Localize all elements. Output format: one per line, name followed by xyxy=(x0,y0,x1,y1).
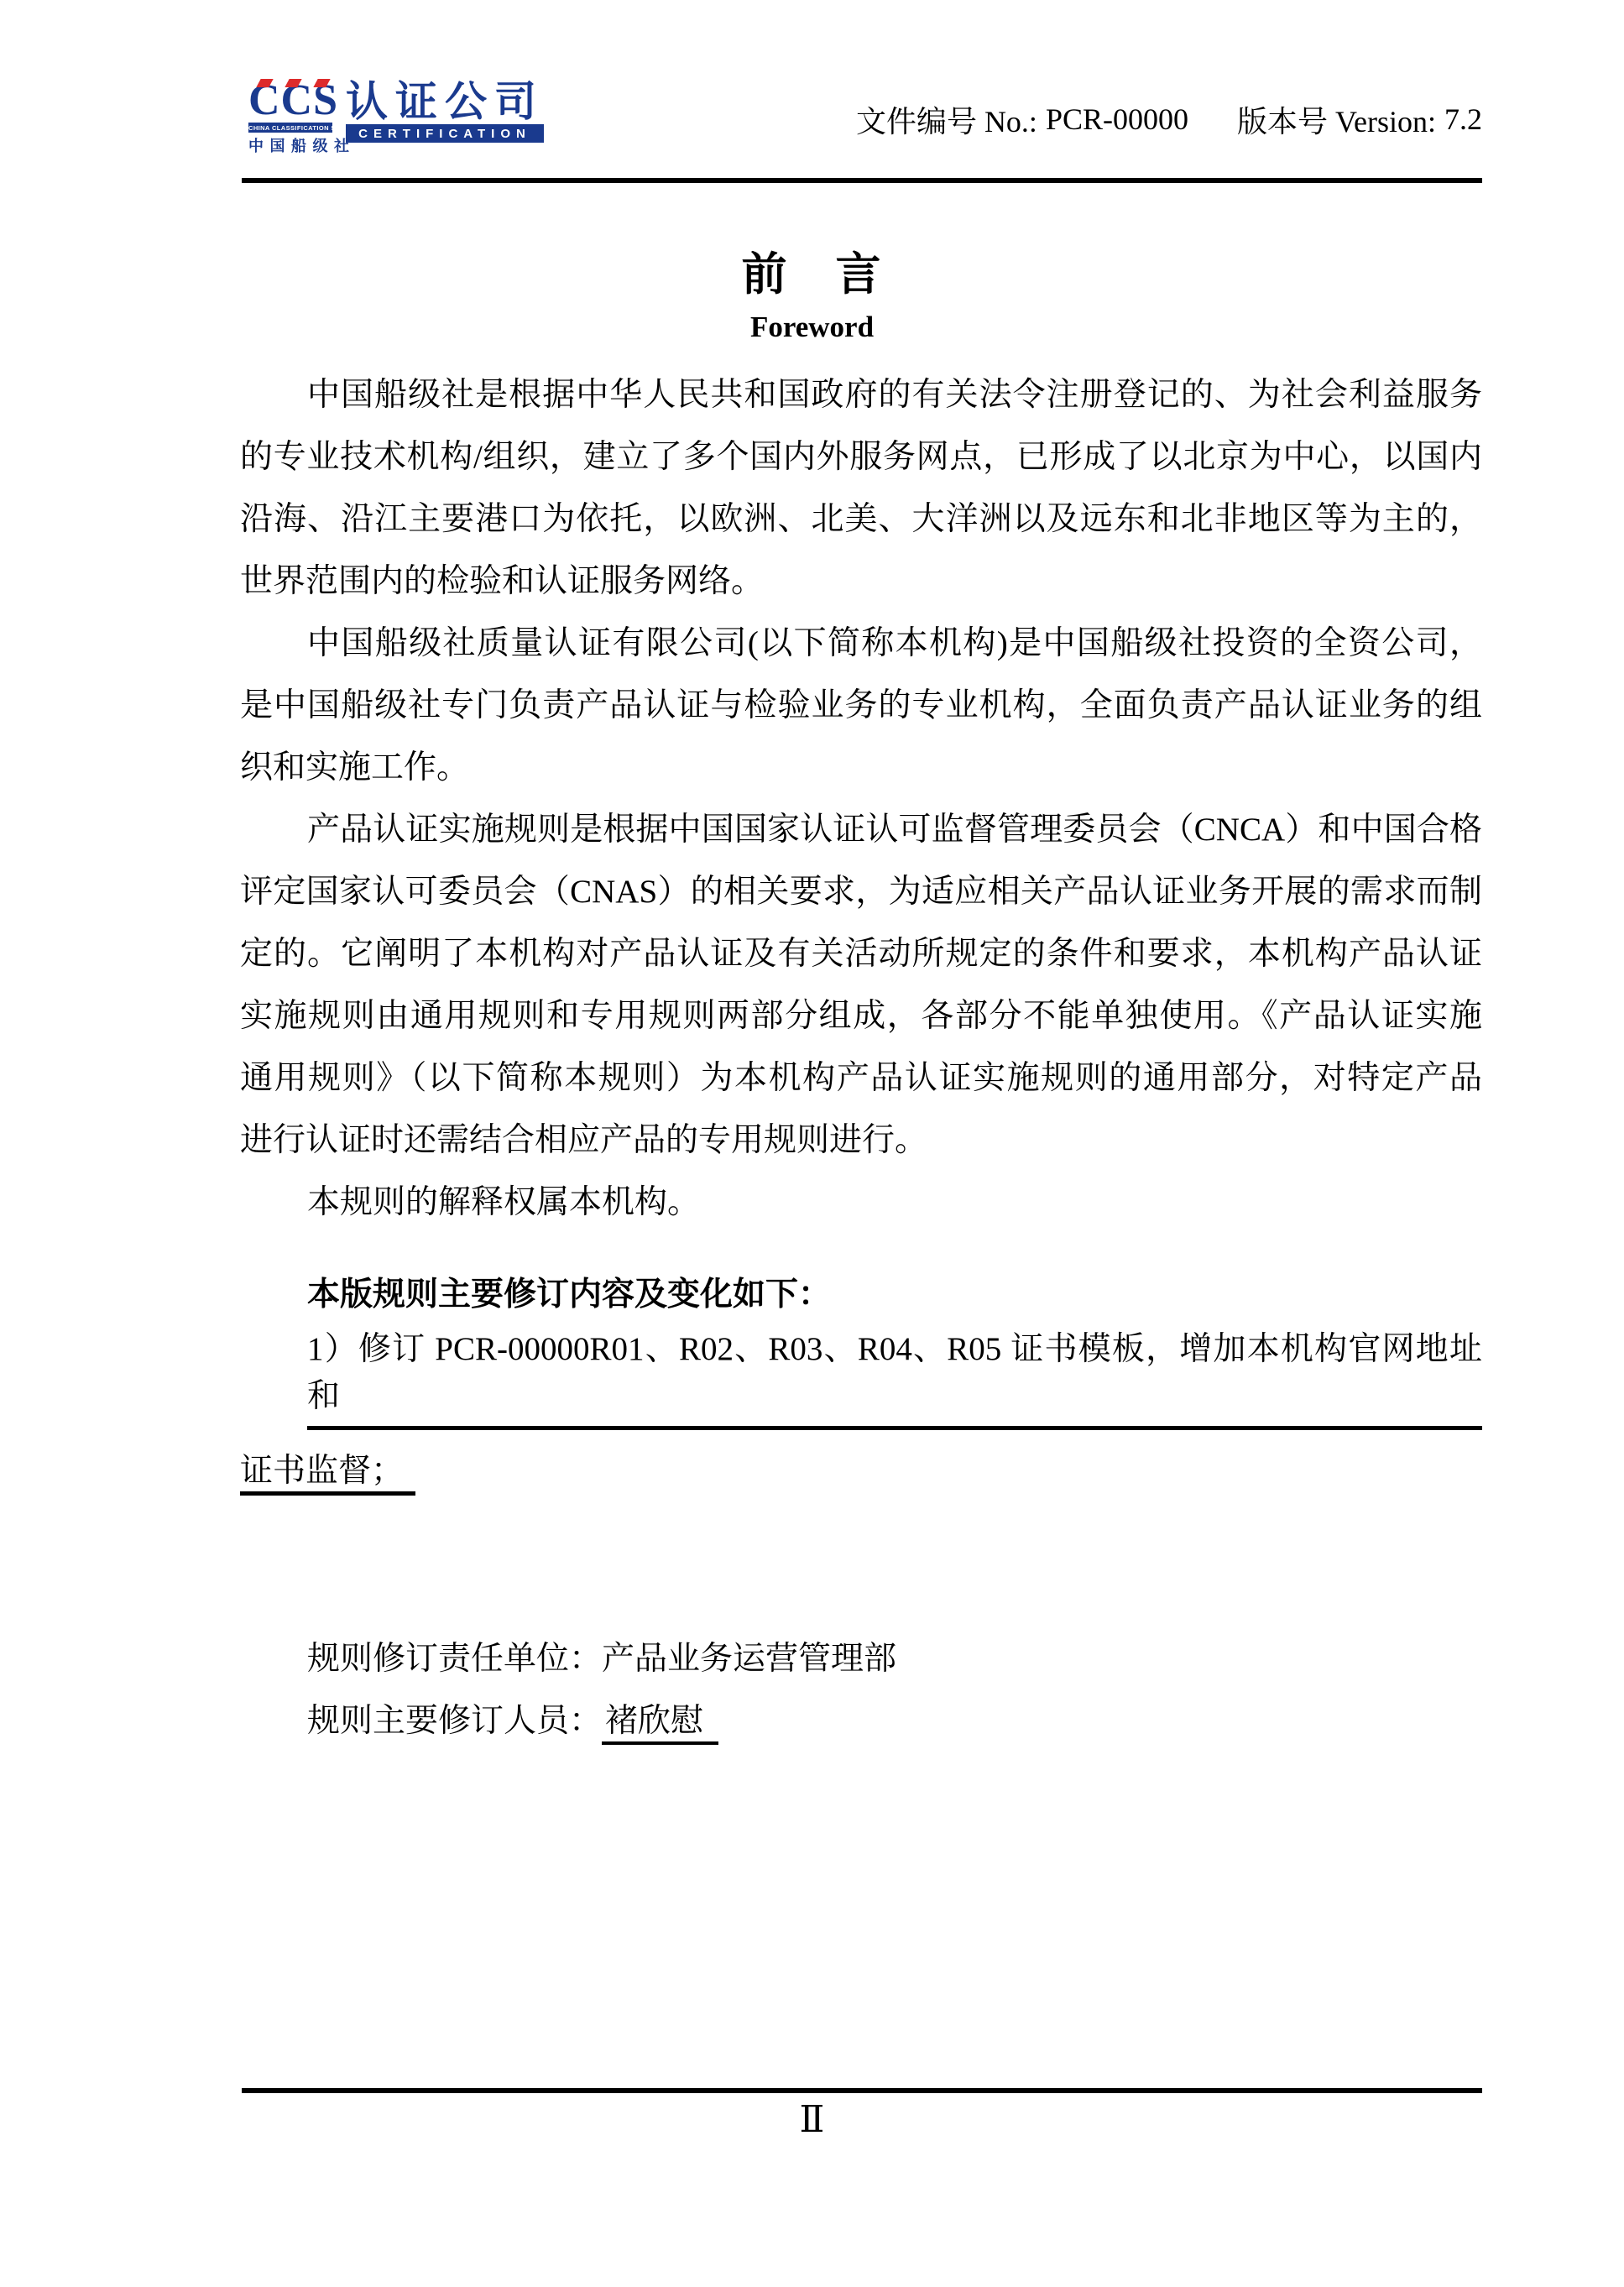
paragraph-line: 中国船级社是根据中华人民共和国政府的有关法令注册登记的、为社会利益服务 xyxy=(240,364,1482,426)
paragraph-line: 织和实施工作。 xyxy=(240,737,1482,799)
paragraph-line: 定的。它阐明了本机构对产品认证及有关活动所规定的条件和要求，本机构产品认证 xyxy=(240,923,1482,985)
responsible-unit-value: 产品业务运营管理部 xyxy=(602,1641,896,1677)
certification-company-cn: 认证公司 xyxy=(346,82,544,121)
paragraph-line: 世界范围内的检验和认证服务网络。 xyxy=(240,551,1482,613)
revision-item-line1: 1）修订 PCR-00000R01、R02、R03、R04、R05 证书模板，增… xyxy=(307,1326,1482,1430)
paragraph-line: 的专业技术机构/组织，建立了多个国内外服务网点，已形成了以北京为中心，以国内 xyxy=(240,426,1482,488)
responsible-unit-line: 规则修订责任单位：产品业务运营管理部 xyxy=(240,1628,1482,1690)
paragraph-line: 沿海、沿江主要港口为依托，以欧洲、北美、大洋洲以及远东和北非地区等为主的， xyxy=(240,488,1482,551)
revision-item-line2: 证书监督； xyxy=(240,1440,1482,1502)
reviser-name: 褚欣慰 xyxy=(602,1703,718,1745)
certification-banner: CERTIFICATION xyxy=(346,124,544,143)
doc-no-value: PCR-00000 xyxy=(1046,102,1188,137)
paragraph-line: 是中国船级社专门负责产品认证与检验业务的专业机构，全面负责产品认证业务的组 xyxy=(240,675,1482,737)
responsible-unit-label: 规则修订责任单位： xyxy=(307,1641,602,1677)
ccs-logo-right: 认证公司 CERTIFICATION xyxy=(346,82,544,143)
page-number: Ⅱ xyxy=(0,2098,1624,2141)
society-name-cn: 中 国 船 级 社 xyxy=(248,134,332,156)
ccs-wordmark: CCS xyxy=(248,82,332,119)
doc-info: 文件编号 No.: PCR-00000 版本号 Version: 7.2 xyxy=(856,98,1482,141)
paragraph-line: 产品认证实施规则是根据中国国家认证认可监督管理委员会（CNCA）和中国合格 xyxy=(240,799,1482,861)
version-value: 7.2 xyxy=(1444,102,1482,137)
page-title-cn: 前 言 xyxy=(0,238,1624,303)
footer-rule xyxy=(242,2088,1482,2093)
reviser-label: 规则主要修订人员： xyxy=(307,1703,602,1739)
page-header: CCS CHINA CLASSIFICATION SOCIETY 中 国 船 级… xyxy=(248,81,1482,158)
page-title-en: Foreword xyxy=(0,311,1624,344)
paragraph-line: 评定国家认可委员会（CNAS）的相关要求，为适应相关产品认证业务开展的需求而制 xyxy=(240,861,1482,923)
doc-no-label: 文件编号 No.: xyxy=(856,98,1037,141)
document-page: CCS CHINA CLASSIFICATION SOCIETY 中 国 船 级… xyxy=(0,0,1624,2287)
revision-heading: 本版规则主要修订内容及变化如下： xyxy=(240,1264,1482,1326)
reviser-line: 规则主要修订人员：褚欣慰 xyxy=(240,1690,1482,1752)
paragraph-line: 中国船级社质量认证有限公司(以下简称本机构)是中国船级社投资的全资公司， xyxy=(240,613,1482,675)
paragraph-line: 本规则的解释权属本机构。 xyxy=(240,1172,1482,1234)
paragraph-line: 进行认证时还需结合相应产品的专用规则进行。 xyxy=(240,1110,1482,1172)
paragraph-line: 通用规则》（以下简称本规则）为本机构产品认证实施规则的通用部分，对特定产品 xyxy=(240,1047,1482,1110)
header-rule xyxy=(242,178,1482,183)
paragraph-line: 实施规则由通用规则和专用规则两部分组成，各部分不能单独使用。《产品认证实施 xyxy=(240,985,1482,1047)
ccs-logo: CCS CHINA CLASSIFICATION SOCIETY 中 国 船 级… xyxy=(248,82,544,156)
document-body: 中国船级社是根据中华人民共和国政府的有关法令注册登记的、为社会利益服务 的专业技… xyxy=(240,364,1482,1752)
ccs-logo-left: CCS CHINA CLASSIFICATION SOCIETY 中 国 船 级… xyxy=(248,82,332,156)
version-label: 版本号 Version: xyxy=(1237,98,1436,141)
revision-item-continuation: 证书监督； xyxy=(240,1453,415,1496)
